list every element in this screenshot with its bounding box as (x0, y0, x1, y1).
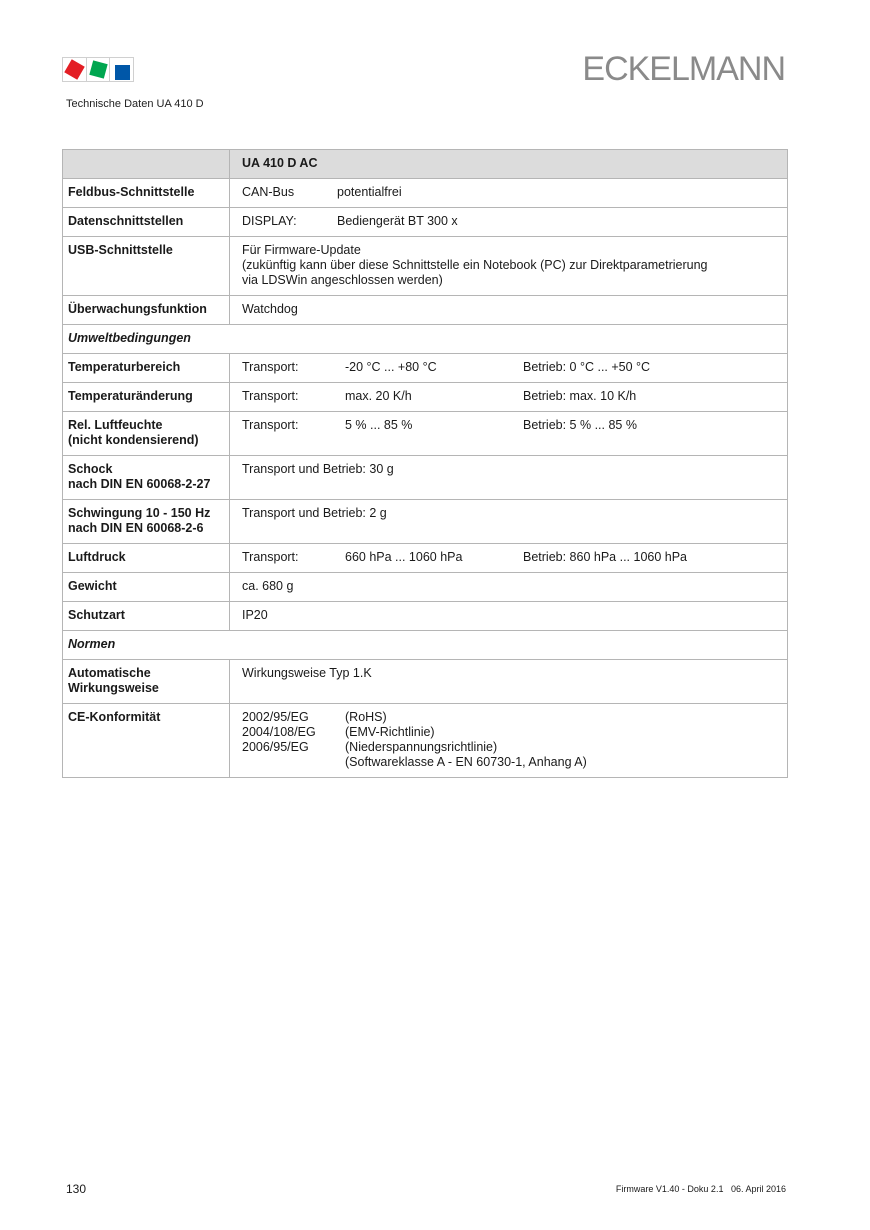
row-label-line: Rel. Luftfeuchte (68, 418, 224, 433)
table-row: Schutzart IP20 (63, 602, 788, 631)
cell-text: ca. 680 g (230, 573, 788, 602)
directive-code: 2004/108/EG (242, 725, 345, 740)
cell-text: Wirkungsweise Typ 1.K (230, 660, 788, 704)
directive-desc: (RoHS) (345, 710, 387, 725)
row-label-line: nach DIN EN 60068-2-27 (68, 477, 224, 492)
cell-text: -20 °C ... +80 °C (345, 360, 523, 375)
row-label-line: (nicht kondensierend) (68, 433, 224, 448)
row-label: Schwingung 10 - 150 Hz nach DIN EN 60068… (63, 500, 230, 544)
cell-text: Transport: (242, 550, 345, 565)
table-row: Temperaturänderung Transport: max. 20 K/… (63, 383, 788, 412)
logo-blue-square (109, 57, 134, 82)
row-label: Temperaturänderung (63, 383, 230, 412)
row-label: Gewicht (63, 573, 230, 602)
directive-desc: (Niederspannungsrichtlinie) (345, 740, 497, 755)
table-row: Datenschnittstellen DISPLAY: Bediengerät… (63, 208, 788, 237)
page-number: 130 (66, 1182, 86, 1196)
row-label: USB-Schnittstelle (63, 237, 230, 296)
section-row-umweltbedingungen: Umweltbedingungen (63, 325, 788, 354)
directive-code: 2006/95/EG (242, 740, 345, 755)
cell-text: DISPLAY: (242, 214, 337, 229)
cell-text: Für Firmware-Update (242, 243, 782, 258)
row-label: Feldbus-Schnittstelle (63, 179, 230, 208)
table-row: Gewicht ca. 680 g (63, 573, 788, 602)
cell-text: Betrieb: max. 10 K/h (523, 389, 636, 404)
cell-text: 5 % ... 85 % (345, 418, 523, 433)
table-row: CE-Konformität 2002/95/EG(RoHS) 2004/108… (63, 704, 788, 778)
row-label-line: nach DIN EN 60068-2-6 (68, 521, 224, 536)
row-label-line: Schwingung 10 - 150 Hz (68, 506, 224, 521)
directive-desc: (Softwareklasse A - EN 60730-1, Anhang A… (345, 755, 587, 770)
directive-code: 2002/95/EG (242, 710, 345, 725)
footer-info: Firmware V1.40 - Doku 2.1 06. April 2016 (616, 1184, 786, 1194)
section-row-normen: Normen (63, 631, 788, 660)
cell-text: potentialfrei (337, 185, 402, 200)
row-label: Überwachungsfunktion (63, 296, 230, 325)
cell-text: via LDSWin angeschlossen werden) (242, 273, 782, 288)
section-heading: Normen (63, 631, 788, 660)
table-row: Rel. Luftfeuchte (nicht kondensierend) T… (63, 412, 788, 456)
logo-red-square (62, 57, 86, 82)
cell-text: 660 hPa ... 1060 hPa (345, 550, 523, 565)
directive-code (242, 755, 345, 770)
directive-desc: (EMV-Richtlinie) (345, 725, 435, 740)
row-label: Datenschnittstellen (63, 208, 230, 237)
header-label-cell (63, 150, 230, 179)
table-row: Überwachungsfunktion Watchdog (63, 296, 788, 325)
cell-text: Transport und Betrieb: 30 g (230, 456, 788, 500)
brand-name: ECKELMANN (582, 50, 785, 89)
table-row: Automatische Wirkungsweise Wirkungsweise… (63, 660, 788, 704)
row-label: Schutzart (63, 602, 230, 631)
cell-text: Betrieb: 860 hPa ... 1060 hPa (523, 550, 687, 565)
table-row: USB-Schnittstelle Für Firmware-Update (z… (63, 237, 788, 296)
row-label-line: Wirkungsweise (68, 681, 224, 696)
row-label: Schock nach DIN EN 60068-2-27 (63, 456, 230, 500)
cell-text: Bediengerät BT 300 x (337, 214, 458, 229)
cell-text: CAN-Bus (242, 185, 337, 200)
cell-text: IP20 (230, 602, 788, 631)
row-label: Rel. Luftfeuchte (nicht kondensierend) (63, 412, 230, 456)
row-label: Temperaturbereich (63, 354, 230, 383)
cell-text: Betrieb: 5 % ... 85 % (523, 418, 637, 433)
table-row: Feldbus-Schnittstelle CAN-Bus potentialf… (63, 179, 788, 208)
logo-green-square (86, 57, 110, 82)
document-subtitle: Technische Daten UA 410 D (66, 98, 204, 110)
table-row: Temperaturbereich Transport: -20 °C ... … (63, 354, 788, 383)
row-label: Luftdruck (63, 544, 230, 573)
header-product-cell: UA 410 D AC (230, 150, 788, 179)
row-label-line: Schock (68, 462, 224, 477)
table-row: Schock nach DIN EN 60068-2-27 Transport … (63, 456, 788, 500)
cell-text: Transport: (242, 360, 345, 375)
cell-text: Transport und Betrieb: 2 g (230, 500, 788, 544)
section-heading: Umweltbedingungen (63, 325, 788, 354)
row-label-line: Automatische (68, 666, 224, 681)
cell-text: Transport: (242, 418, 345, 433)
spec-table: UA 410 D AC Feldbus-Schnittstelle CAN-Bu… (62, 149, 788, 778)
cell-text: Watchdog (230, 296, 788, 325)
table-header-row: UA 410 D AC (63, 150, 788, 179)
eckelmann-logo (62, 57, 134, 82)
row-label: Automatische Wirkungsweise (63, 660, 230, 704)
table-row: Luftdruck Transport: 660 hPa ... 1060 hP… (63, 544, 788, 573)
cell-text: Transport: (242, 389, 345, 404)
cell-text: (zukünftig kann über diese Schnittstelle… (242, 258, 782, 273)
table-row: Schwingung 10 - 150 Hz nach DIN EN 60068… (63, 500, 788, 544)
cell-text: Betrieb: 0 °C ... +50 °C (523, 360, 650, 375)
row-label: CE-Konformität (63, 704, 230, 778)
cell-text: max. 20 K/h (345, 389, 523, 404)
